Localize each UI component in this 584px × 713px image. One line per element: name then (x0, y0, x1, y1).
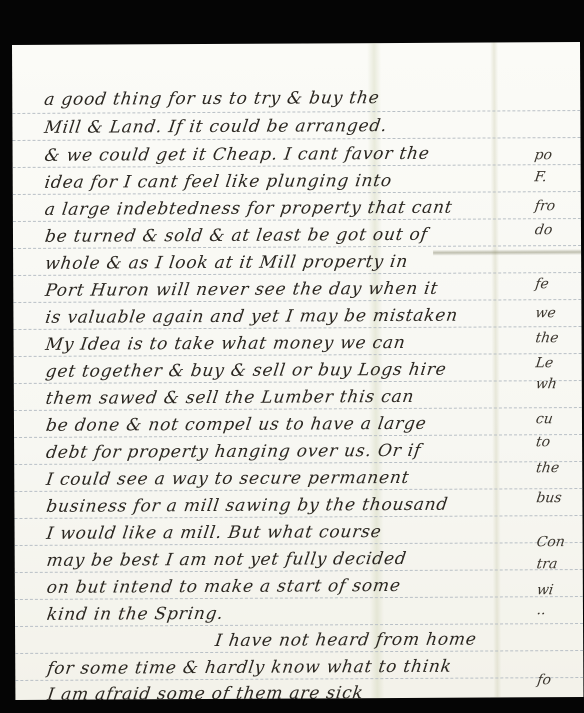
text-line: I would like a mill. But what course (45, 522, 383, 544)
text-line: kind in the Spring. (46, 604, 225, 625)
text-line: whole & as I look at it Mill property in (44, 252, 410, 274)
text-line: I am afraid some of them are sick (46, 683, 365, 700)
text-line: idea for I cant feel like plunging into (43, 171, 393, 193)
text-line: debt for property hanging over us. Or if (45, 441, 423, 463)
margin-fragment: fro (534, 198, 556, 214)
text-line: Port Huron will never see the day when i… (44, 279, 440, 301)
text-line: Mill & Land. If it could be arranged. (43, 116, 389, 138)
margin-fragment: po (534, 147, 554, 163)
text-line: be turned & sold & at least be got out o… (44, 225, 429, 247)
margin-fragment: wi (536, 582, 555, 598)
text-line: a good thing for us to try & buy the (43, 88, 381, 110)
paper-fold-line (490, 42, 501, 697)
letter-page: a good thing for us to try & buy the Mil… (12, 42, 583, 700)
text-line: may be best I am not yet fully decided (45, 549, 408, 571)
margin-fragment: to (535, 434, 551, 450)
text-line-indented: I have not heard from home (214, 630, 478, 651)
text-line: a large indebtedness for property that c… (44, 198, 454, 220)
margin-fragment: do (534, 222, 554, 238)
text-line: & we could get it Cheap. I cant favor th… (43, 144, 431, 166)
paper-crease (433, 249, 581, 256)
margin-fragment: the (535, 460, 560, 476)
text-line: get together & buy & sell or buy Logs hi… (44, 360, 448, 382)
margin-fragment: fe (534, 276, 550, 292)
margin-fragment: we (534, 305, 556, 321)
text-line: on but intend to make a start of some (45, 576, 402, 598)
text-line: them sawed & sell the Lumber this can (45, 387, 416, 409)
text-line: I could see a way to secure permanent (45, 468, 411, 490)
margin-fragment: cu (535, 411, 554, 427)
text-line: be done & not compel us to have a large (45, 414, 428, 436)
margin-fragment: F. (534, 169, 548, 185)
margin-fragment: wh (535, 376, 558, 392)
text-line: is valuable again and yet I may be mista… (44, 306, 459, 328)
margin-fragment: tra (536, 556, 559, 572)
margin-fragment: bus (535, 490, 562, 506)
margin-fragment: fo (536, 672, 552, 688)
margin-fragment: the (534, 330, 559, 346)
margin-fragment: .. (536, 602, 547, 618)
text-line: for some time & hardly know what to thin… (46, 657, 453, 679)
text-line: business for a mill sawing by the thousa… (45, 495, 449, 517)
margin-fragment: Le (535, 355, 555, 371)
margin-fragment: Con (536, 534, 566, 550)
text-line: My Idea is to take what money we can (44, 333, 407, 355)
